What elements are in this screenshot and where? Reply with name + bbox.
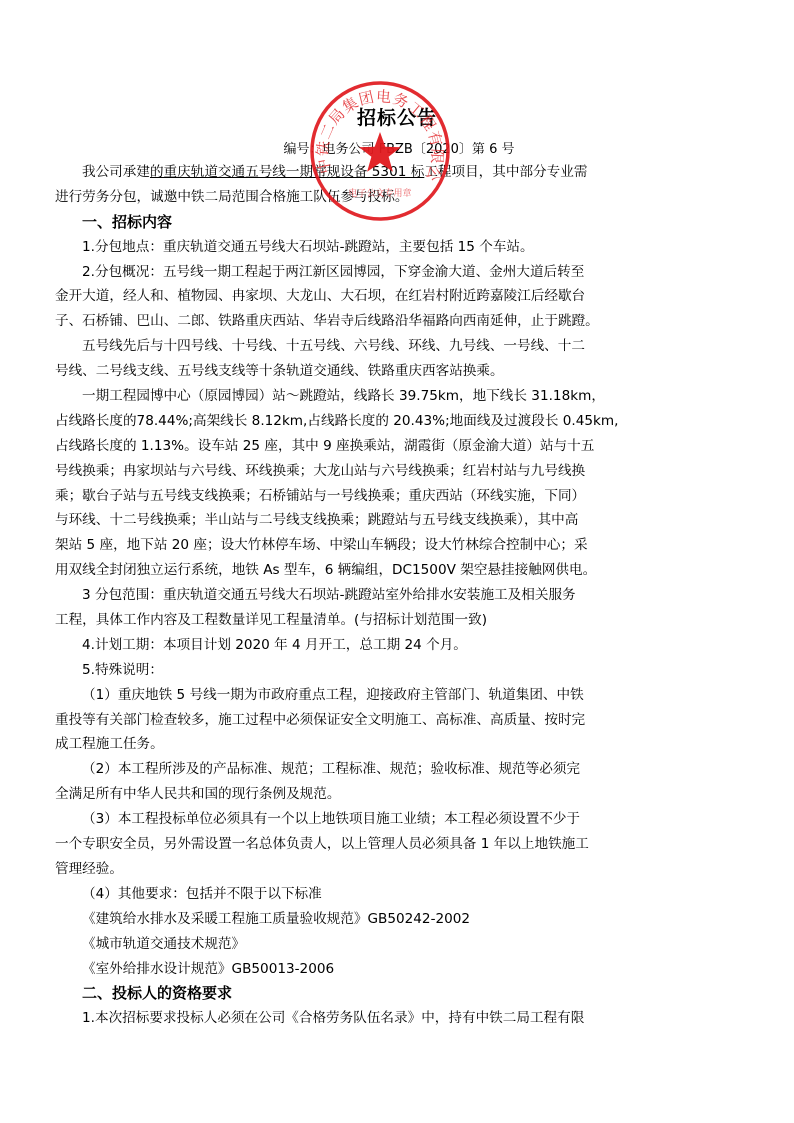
document-title: 招标公告 xyxy=(0,103,794,130)
paragraph-line: 4.计划工期：本项目计划 2020 年 4 月开工，总工期 24 个月。 xyxy=(55,633,687,658)
paragraph-line: 3 分包范围：重庆轨道交通五号线大石坝站-跳蹬站室外给排水安装施工及相关服务 xyxy=(55,583,687,608)
paragraph-line: （1）重庆地铁 5 号线一期为市政府重点工程，迎接政府主管部门、轨道集团、中铁 xyxy=(55,683,687,708)
paragraph-line: 重投等有关部门检查较多，施工过程中必须保证安全文明施工、高标准、高质量、按时完 xyxy=(55,708,687,733)
section-heading-2: 二、投标人的资格要求 xyxy=(55,981,687,1006)
paragraph-line: 全满足所有中华人民共和国的现行条例及规范。 xyxy=(55,782,687,807)
paragraph-line: 5.特殊说明： xyxy=(55,658,687,683)
document-body: 我公司承建的重庆轨道交通五号线一期常规设备 5301 标工程项目，其中部分专业需… xyxy=(55,160,687,1031)
paragraph-line: 成工程施工任务。 xyxy=(55,732,687,757)
paragraph-line: （3）本工程投标单位必须具有一个以上地铁项目施工业绩；本工程必须设置不少于 xyxy=(55,807,687,832)
paragraph-line: 用双线全封闭独立运行系统，地铁 As 型车，6 辆编组，DC1500V 架空悬挂… xyxy=(55,558,687,583)
paragraph-line: 占线路长度的 1.13%。设车站 25 座，其中 9 座换乘站，湖霞街（原金渝大… xyxy=(55,434,687,459)
standard-reference: 《室外给排水设计规范》GB50013-2006 xyxy=(55,957,687,982)
standard-reference: 《城市轨道交通技术规范》 xyxy=(55,932,687,957)
paragraph-line: 1.本次招标要求投标人必须在公司《合格劳务队伍名录》中，持有中铁二局工程有限 xyxy=(55,1006,687,1031)
paragraph-line: 与环线、十二号线换乘；半山站与二号线支线换乘；跳蹬站与五号线支线换乘），其中高 xyxy=(55,508,687,533)
section-heading-1: 一、招标内容 xyxy=(55,210,687,235)
intro-line-1: 我公司承建的重庆轨道交通五号线一期常规设备 5301 标工程项目，其中部分专业需 xyxy=(55,160,687,185)
intro-text: 我公司承建 xyxy=(82,164,150,180)
standard-reference: 《建筑给水排水及采暖工程施工质量验收规范》GB50242-2002 xyxy=(55,907,687,932)
paragraph-line: 占线路长度的78.44%;高架线长 8.12km,占线路长度的 20.43%;地… xyxy=(55,409,687,434)
paragraph-line: 子、石桥铺、巴山、二郎、铁路重庆西站、华岩寺后线路沿华福路向西南延伸，止于跳蹬。 xyxy=(55,309,687,334)
paragraph-line: 架站 5 座，地下站 20 座；设大竹林停车场、中梁山车辆段；设大竹林综合控制中… xyxy=(55,533,687,558)
paragraph-line: 一期工程园博中心（原园博园）站～跳蹬站，线路长 39.75km，地下线长 31.… xyxy=(55,384,687,409)
intro-text: 工程项目，其中部分专业需 xyxy=(424,164,587,180)
paragraph-line: 五号线先后与十四号线、十号线、十五号线、六号线、环线、九号线、一号线、十二 xyxy=(55,334,687,359)
intro-line-2: 进行劳务分包，诚邀中铁二局范围合格施工队伍参与投标。 xyxy=(55,185,687,210)
paragraph-line: 乘；歇台子站与五号线支线换乘；石桥铺站与一号线换乘；重庆西站（环线实施，下同） xyxy=(55,484,687,509)
document-number: 编号：电务公司 FBZB〔2020〕第 6 号 xyxy=(0,138,794,157)
paragraph-line: 金开大道，经人和、植物园、冉家坝、大龙山、大石坝，在红岩村附近跨嘉陵江后经歇台 xyxy=(55,284,687,309)
paragraph-line: 一个专职安全员，另外需设置一名总体负责人，以上管理人员必须具备 1 年以上地铁施… xyxy=(55,832,687,857)
paragraph-line: （4）其他要求：包括并不限于以下标准 xyxy=(55,882,687,907)
paragraph-line: 号线换乘；冉家坝站与六号线、环线换乘；大龙山站与六号线换乘；红岩村站与九号线换 xyxy=(55,459,687,484)
paragraph-line: 管理经验。 xyxy=(55,857,687,882)
paragraph-line: 号线、二号线支线、五号线支线等十条轨道交通线、铁路重庆西客站换乘。 xyxy=(55,359,687,384)
paragraph-line: （2）本工程所涉及的产品标准、规范；工程标准、规范；验收标准、规范等必须完 xyxy=(55,757,687,782)
paragraph-line: 1.分包地点：重庆轨道交通五号线大石坝站-跳蹬站，主要包括 15 个车站。 xyxy=(55,235,687,260)
document-page: 招标公告 编号：电务公司 FBZB〔2020〕第 6 号 我公司承建的重庆轨道交… xyxy=(0,0,794,1123)
project-name-underlined: 的重庆轨道交通五号线一期常规设备 5301 标 xyxy=(150,164,424,180)
paragraph-line: 2.分包概况：五号线一期工程起于两江新区园博园，下穿金渝大道、金州大道后转至 xyxy=(55,260,687,285)
paragraph-line: 工程，具体工作内容及工程数量详见工程量清单。(与招标计划范围一致) xyxy=(55,608,687,633)
